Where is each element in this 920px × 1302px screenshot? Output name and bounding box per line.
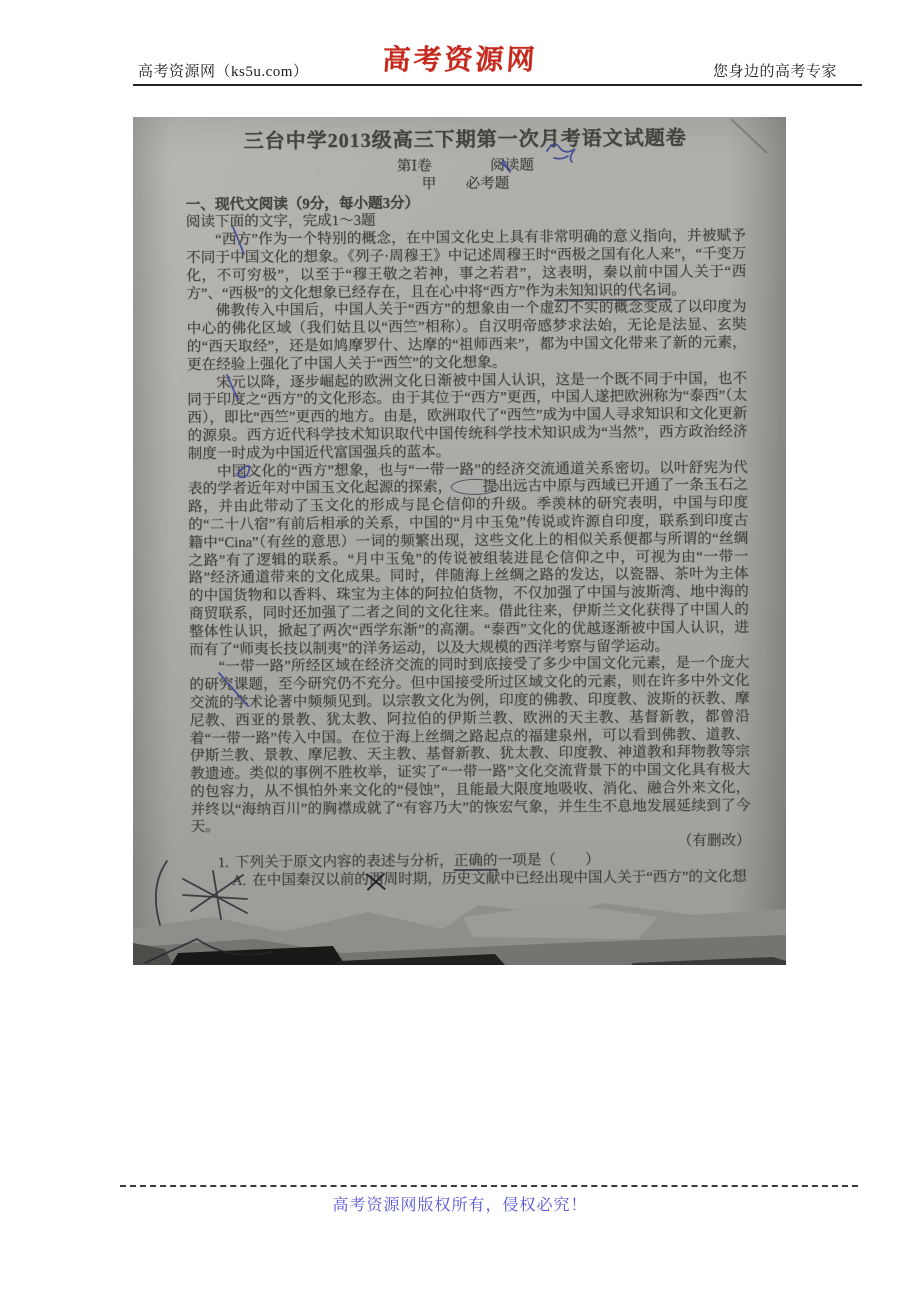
exam-paper-text: 三台中学2013级高三下期第一次月考语文试题卷 第Ⅰ卷 阅读题 甲 必考题 一、…	[185, 125, 751, 891]
pen-marked-text: 未知知识的代名词	[554, 282, 671, 301]
text-segment: 在中国秦汉以前的	[252, 872, 369, 889]
document-page: 高考资源网（ks5u.com） 高考资源网 您身边的高考专家 三台中学2013级…	[0, 0, 920, 1302]
text-segment: 佛教传入中国后，中国人关于“西方”的想象由一个虚幻不实的概念变成了以印度为中心的…	[187, 299, 747, 373]
text-segment: 出远古中原与西域已开通了一条玉石之路，并由此带动了玉文化的形成与昆仑信仰的升级。…	[188, 477, 749, 658]
footer-copyright: 高考资源网版权所有，侵权必究！	[0, 1192, 920, 1215]
text-segment: 。	[671, 282, 686, 298]
text-segment: 周时期，历史文献中已经出现中国人关于“西方”的文化想	[383, 869, 746, 888]
text-segment: 一项是（ ）	[497, 852, 599, 869]
question-number: 1.	[218, 855, 229, 871]
text-segment: 下列关于原文内容的表述与分析，	[235, 853, 454, 871]
passage-paragraph: 宋元以降，逐步崛起的欧洲文化日渐被中国人认识，这是一个既不同于中国，也不同于印度…	[187, 370, 748, 463]
header-rule	[133, 84, 862, 86]
header-tagline: 您身边的高考专家	[713, 60, 837, 81]
passage-paragraph: 中国文化的“西方”想象，也与“一带一路”的经济交流通道关系密切。以叶舒宪为代表的…	[188, 459, 750, 659]
footer-rule	[120, 1185, 858, 1187]
pen-marked-text: 正确的	[454, 853, 498, 871]
exam-title: 三台中学2013级高三下期第一次月考语文试题卷	[185, 125, 745, 155]
pen-marked-text: 西	[369, 872, 384, 890]
option-a-label: A.	[232, 873, 246, 889]
option-a: A.在中国秦汉以前的西周时期，历史文献中已经出现中国人关于“西方”的文化想	[232, 869, 751, 891]
passage-paragraph: “一带一路”所经区域在经济交流的同时到底接受了多少中国文化元素，是一个庞大的研究…	[189, 655, 750, 837]
passage-paragraph: 佛教传入中国后，中国人关于“西方”的想象由一个虚幻不实的概念变成了以印度为中心的…	[186, 299, 747, 375]
text-segment: 宋元以降，逐步崛起的欧洲文化日渐被中国人认识，这是一个既不同于中国，也不同于印度…	[187, 370, 747, 462]
exam-scan-photo: 三台中学2013级高三下期第一次月考语文试题卷 第Ⅰ卷 阅读题 甲 必考题 一、…	[133, 117, 786, 965]
pen-marked-text: 提	[451, 479, 499, 495]
option-a-text: 在中国秦汉以前的西周时期，历史文献中已经出现中国人关于“西方”的文化想	[252, 869, 747, 889]
passage-paragraph: “西方”作为一个特别的概念，在中国文化史上具有非常明确的意义指向，并被赋予不同于…	[186, 228, 747, 304]
text-segment: “一带一路”所经区域在经济交流的同时到底接受了多少中国文化元素，是一个庞大的研究…	[189, 655, 750, 836]
question-text: 下列关于原文内容的表述与分析，正确的一项是（ ）	[235, 852, 600, 871]
